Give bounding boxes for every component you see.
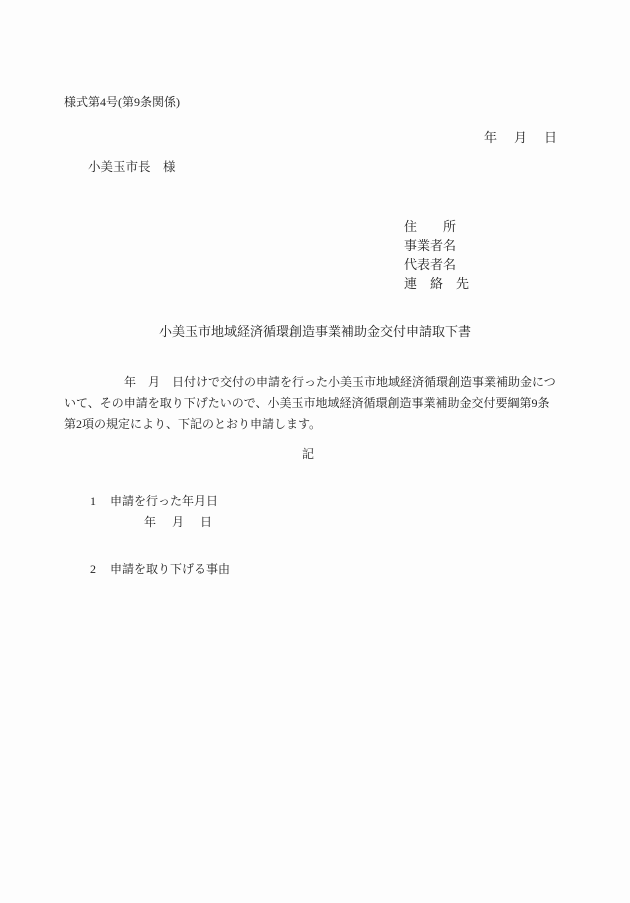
body-paragraph: 年 月 日付けで交付の申請を行った小美玉市地域経済循環創造事業補助金につ いて、… bbox=[64, 372, 566, 435]
sender-representative-label: 代表者名 bbox=[404, 255, 469, 274]
addressee: 小美玉市長 様 bbox=[88, 161, 176, 174]
document-title: 小美玉市地域経済循環創造事業補助金交付申請取下書 bbox=[0, 325, 630, 338]
record-marker: 記 bbox=[0, 448, 616, 460]
sender-contact-label: 連 絡 先 bbox=[404, 274, 469, 293]
item-1-number: 1 bbox=[90, 495, 110, 507]
body-line: 年 月 日付けで交付の申請を行った小美玉市地域経済循環創造事業補助金につ bbox=[64, 372, 566, 393]
list-item-2: 2申請を取り下げる事由 bbox=[78, 551, 230, 587]
document-page: 様式第4号(第9条関係) 年 月 日 小美玉市長 様 住 所 事業者名 代表者名… bbox=[0, 0, 630, 903]
body-line: いて、その申請を取り下げたいので、小美玉市地域経済循環創造事業補助金交付要綱第9… bbox=[64, 393, 566, 414]
item-1-date-line: 年 月 日 bbox=[144, 516, 214, 528]
sender-business-name-label: 事業者名 bbox=[404, 236, 469, 255]
sender-block: 住 所 事業者名 代表者名 連 絡 先 bbox=[404, 217, 469, 293]
list-item-1: 1申請を行った年月日 bbox=[78, 483, 218, 519]
item-2-number: 2 bbox=[90, 563, 110, 575]
form-number: 様式第4号(第9条関係) bbox=[64, 96, 180, 108]
item-2-label: 申請を取り下げる事由 bbox=[110, 562, 230, 576]
sender-address-label: 住 所 bbox=[404, 217, 469, 236]
top-date-line: 年 月 日 bbox=[484, 131, 559, 144]
item-1-label: 申請を行った年月日 bbox=[110, 494, 218, 508]
body-line: 第2項の規定により、下記のとおり申請します。 bbox=[64, 414, 566, 435]
